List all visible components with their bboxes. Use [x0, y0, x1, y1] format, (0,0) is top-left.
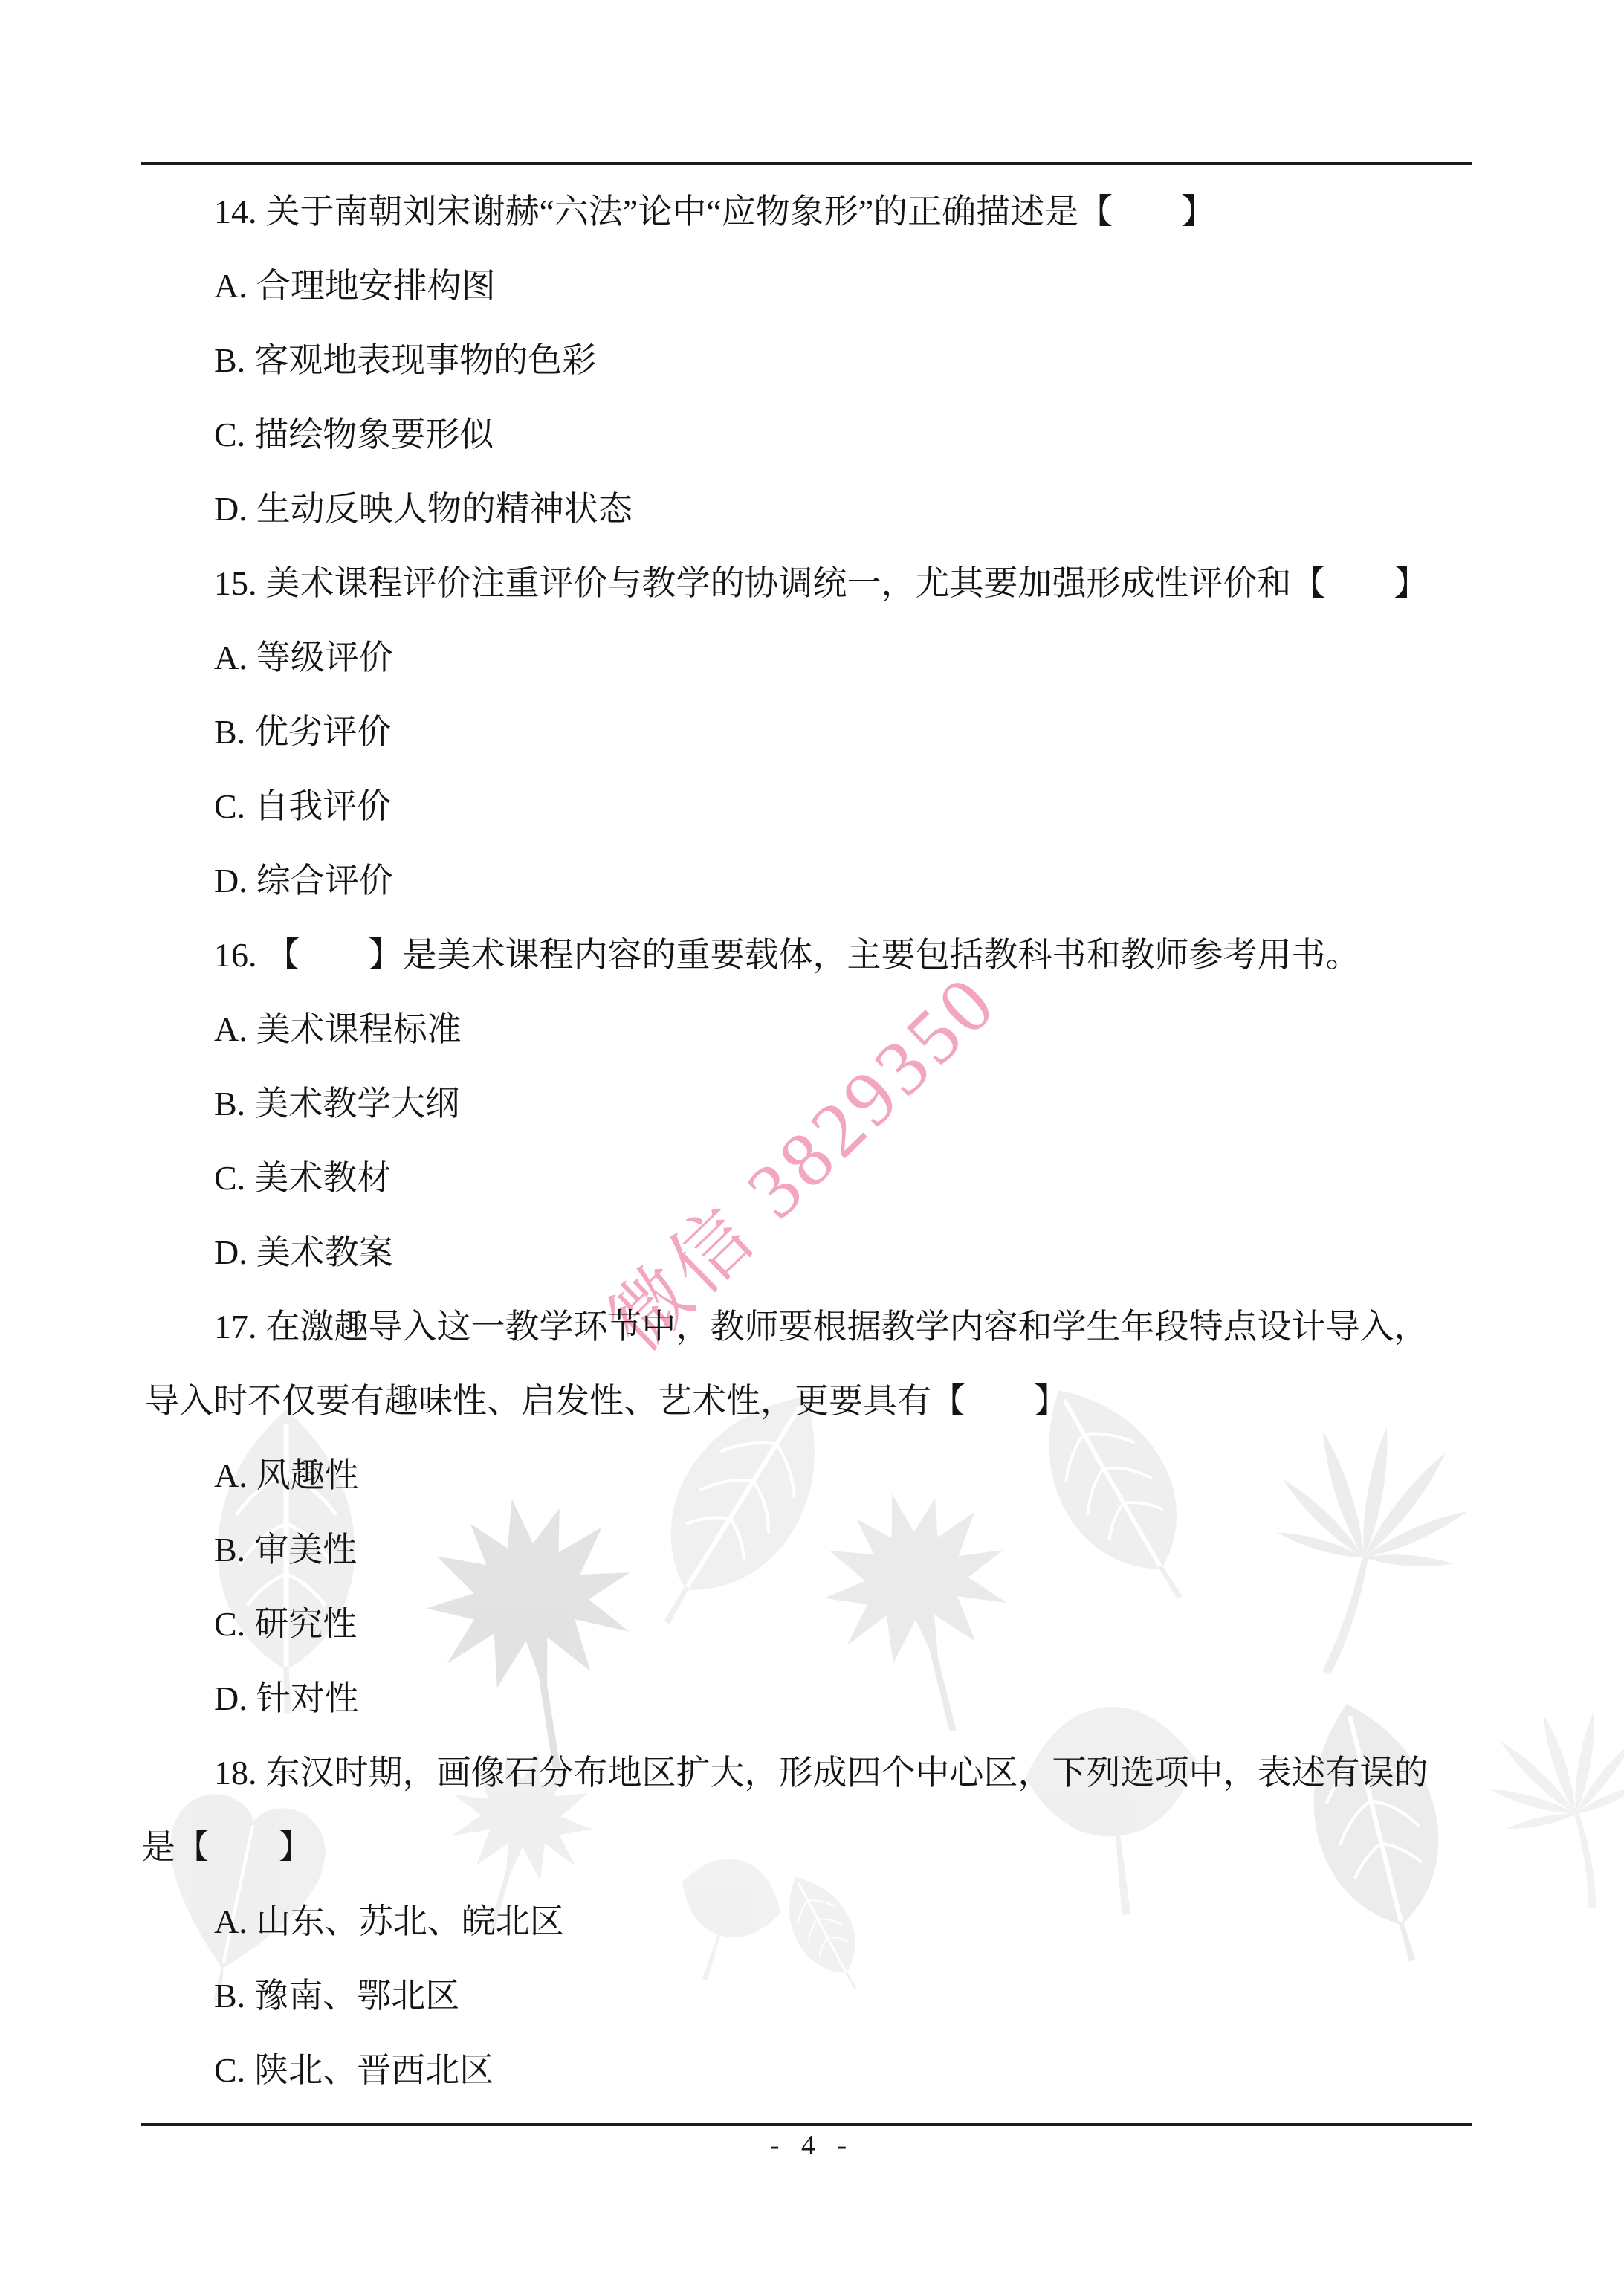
- question-15-option-b: B.优劣评价: [214, 713, 391, 752]
- option-text: 研究性: [254, 1605, 357, 1643]
- question-17-option-c: C.研究性: [214, 1605, 357, 1644]
- question-17-stem-line1: 17.在激趣导入这一教学环节中，教师要根据教学内容和学生年段特点设计导入，: [214, 1308, 1429, 1346]
- question-17-option-d: D.针对性: [214, 1679, 359, 1718]
- option-text: 山东、苏北、皖北区: [256, 1902, 564, 1940]
- question-text: 东汉时期，画像石分布地区扩大，形成四个中心区，下列选项中，表述有误的: [266, 1754, 1429, 1792]
- ginkgo-leaf-icon: [656, 1845, 792, 1996]
- header-rule: [141, 162, 1472, 165]
- option-text: 生动反映人物的精神状态: [256, 490, 633, 528]
- option-label: B.: [214, 1977, 245, 2015]
- option-label: D.: [214, 1679, 248, 1717]
- option-text: 美术教学大纲: [254, 1085, 459, 1123]
- question-14-option-d: D.生动反映人物的精神状态: [214, 490, 633, 529]
- question-15-stem: 15.美术课程评价注重评价与教学的协调统一，尤其要加强形成性评价和【 】: [214, 564, 1429, 603]
- maple-leaf-icon: [802, 1470, 1045, 1755]
- option-label: C.: [214, 787, 245, 825]
- option-label: D.: [214, 490, 248, 528]
- question-text: 美术课程评价注重评价与教学的协调统一，尤其要加强形成性评价和【 】: [266, 564, 1429, 602]
- option-text: 陕北、晋西北区: [254, 2051, 494, 2089]
- question-number: 17.: [214, 1308, 257, 1346]
- question-text: 【 】是美术课程内容的重要载体，主要包括教科书和教师参考用书。: [266, 936, 1360, 974]
- option-text: 综合评价: [256, 862, 393, 900]
- option-text: 等级评价: [256, 639, 393, 676]
- palmate-leaf-icon: [1247, 1409, 1483, 1693]
- question-number: 14.: [214, 193, 257, 230]
- exam-page: 微信 3829350 14.关于南朝刘宋谢赫“六法”论中“应物象形”的正确描述是…: [0, 0, 1624, 2283]
- question-number: 16.: [214, 936, 257, 974]
- option-label: C.: [214, 1605, 245, 1643]
- option-text: 客观地表现事物的色彩: [254, 341, 596, 379]
- option-label: A.: [214, 639, 248, 676]
- question-number: 18.: [214, 1754, 257, 1792]
- option-label: B.: [214, 1531, 245, 1569]
- option-label: A.: [214, 1010, 248, 1048]
- question-15-option-c: C.自我评价: [214, 787, 391, 826]
- option-text: 风趣性: [256, 1456, 359, 1494]
- option-label: A.: [214, 1902, 248, 1940]
- option-label: A.: [214, 1456, 248, 1494]
- question-text: 在激趣导入这一教学环节中，教师要根据教学内容和学生年段特点设计导入，: [266, 1308, 1429, 1346]
- option-text: 描绘物象要形似: [254, 416, 494, 453]
- option-label: B.: [214, 341, 245, 379]
- option-text: 自我评价: [254, 787, 391, 825]
- palmate-leaf-icon: [1470, 1691, 1624, 1929]
- question-18-option-a: A.山东、苏北、皖北区: [214, 1902, 564, 1941]
- question-17-option-b: B.审美性: [214, 1531, 357, 1569]
- option-text: 优劣评价: [254, 713, 391, 751]
- question-18-option-c: C.陕北、晋西北区: [214, 2051, 494, 2090]
- question-18-option-b: B.豫南、鄂北区: [214, 1977, 459, 2015]
- question-14-option-a: A.合理地安排构图: [214, 267, 496, 306]
- option-label: D.: [214, 862, 248, 900]
- maple-leaf-icon: [410, 1481, 661, 1786]
- option-label: C.: [214, 416, 245, 453]
- question-18-stem-line2: 是【 】: [141, 1828, 312, 1867]
- question-16-option-d: D.美术教案: [214, 1233, 393, 1272]
- option-text: 针对性: [256, 1679, 359, 1717]
- question-14-stem: 14.关于南朝刘宋谢赫“六法”论中“应物象形”的正确描述是【 】: [214, 193, 1215, 231]
- question-16-option-c: C.美术教材: [214, 1159, 391, 1198]
- question-14-option-b: B.客观地表现事物的色彩: [214, 341, 596, 380]
- question-17-stem-line2: 导入时不仅要有趣味性、启发性、艺术性，更要具有【 】: [145, 1382, 1068, 1421]
- question-15-option-d: D.综合评价: [214, 862, 393, 900]
- question-16-option-a: A.美术课程标准: [214, 1010, 462, 1049]
- question-text: 导入时不仅要有趣味性、启发性、艺术性，更要具有【 】: [145, 1382, 1068, 1420]
- option-text: 美术教案: [256, 1233, 393, 1271]
- option-label: C.: [214, 1159, 245, 1197]
- option-text: 豫南、鄂北区: [254, 1977, 459, 2015]
- ovate-leaf-icon: [1289, 1689, 1469, 1975]
- question-16-stem: 16.【 】是美术课程内容的重要载体，主要包括教科书和教师参考用书。: [214, 936, 1360, 975]
- question-16-option-b: B.美术教学大纲: [214, 1085, 459, 1123]
- ginkgo-leaf-icon: [1019, 1699, 1212, 1924]
- footer-rule: [141, 2123, 1472, 2126]
- question-number: 15.: [214, 564, 257, 602]
- question-text: 是【 】: [141, 1828, 312, 1866]
- page-number: - 4 -: [0, 2129, 1624, 2162]
- ovate-leaf-icon: [770, 1864, 880, 2002]
- option-label: C.: [214, 2051, 245, 2089]
- option-text: 审美性: [254, 1531, 357, 1569]
- question-18-stem-line1: 18.东汉时期，画像石分布地区扩大，形成四个中心区，下列选项中，表述有误的: [214, 1754, 1429, 1792]
- question-17-option-a: A.风趣性: [214, 1456, 359, 1495]
- option-text: 合理地安排构图: [256, 267, 496, 305]
- question-15-option-a: A.等级评价: [214, 639, 393, 677]
- question-text: 关于南朝刘宋谢赫“六法”论中“应物象形”的正确描述是【 】: [266, 193, 1216, 230]
- option-label: B.: [214, 1085, 245, 1123]
- question-14-option-c: C.描绘物象要形似: [214, 416, 494, 454]
- option-label: B.: [214, 713, 245, 751]
- option-text: 美术课程标准: [256, 1010, 462, 1048]
- option-text: 美术教材: [254, 1159, 391, 1197]
- option-label: A.: [214, 267, 248, 305]
- option-label: D.: [214, 1233, 248, 1271]
